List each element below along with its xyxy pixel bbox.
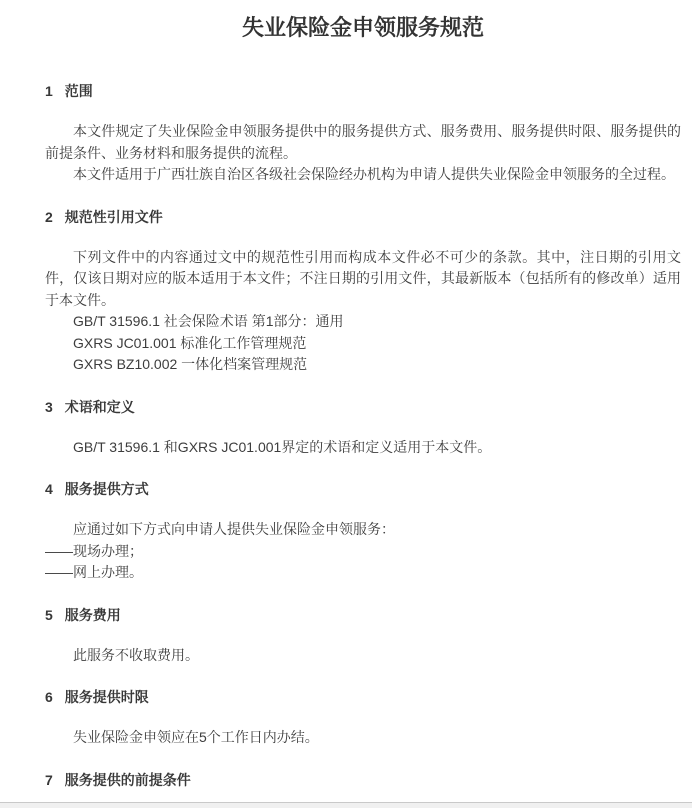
section-heading-7: 7服务提供的前提条件 (45, 770, 681, 791)
section-number: 6 (45, 687, 53, 708)
paragraph: 失业保险金申领应在5个工作日内办结。 (45, 727, 681, 749)
list-item: ——网上办理。 (45, 562, 681, 584)
reference-item: GXRS JC01.001 标准化工作管理规范 (45, 333, 681, 355)
list-item: ——现场办理； (45, 541, 681, 563)
section-title: 范围 (65, 83, 93, 99)
section-number: 7 (45, 770, 53, 791)
section-heading-5: 5服务费用 (45, 605, 681, 626)
paragraph: 应通过如下方式向申请人提供失业保险金申领服务： (45, 519, 681, 541)
section-service-methods: 4服务提供方式 应通过如下方式向申请人提供失业保险金申领服务： ——现场办理； … (45, 479, 681, 584)
section-heading-2: 2规范性引用文件 (45, 207, 681, 228)
section-title: 服务提供时限 (65, 689, 149, 705)
section-number: 3 (45, 397, 53, 418)
page-bottom-divider (0, 802, 692, 808)
section-service-fee: 5服务费用 此服务不收取费用。 (45, 605, 681, 667)
section-preconditions: 7服务提供的前提条件 (45, 770, 681, 791)
reference-item: GB/T 31596.1 社会保险术语 第1部分：通用 (45, 311, 681, 333)
section-number: 4 (45, 479, 53, 500)
section-number: 5 (45, 605, 53, 626)
paragraph: 下列文件中的内容通过文中的规范性引用而构成本文件必不可少的条款。其中，注日期的引… (45, 247, 681, 312)
section-heading-1: 1范围 (45, 81, 681, 102)
section-heading-4: 4服务提供方式 (45, 479, 681, 500)
section-title: 术语和定义 (65, 399, 135, 415)
document-title: 失业保险金申领服务规范 (45, 14, 681, 42)
paragraph: 本文件适用于广西壮族自治区各级社会保险经办机构为申请人提供失业保险金申领服务的全… (45, 164, 681, 186)
section-title: 服务费用 (65, 607, 121, 623)
section-number: 2 (45, 207, 53, 228)
section-service-time-limit: 6服务提供时限 失业保险金申领应在5个工作日内办结。 (45, 687, 681, 749)
section-number: 1 (45, 81, 53, 102)
reference-item: GXRS BZ10.002 一体化档案管理规范 (45, 354, 681, 376)
paragraph: 此服务不收取费用。 (45, 645, 681, 667)
section-terms-definitions: 3术语和定义 GB/T 31596.1 和GXRS JC01.001界定的术语和… (45, 397, 681, 459)
section-title: 规范性引用文件 (65, 209, 163, 225)
section-scope: 1范围 本文件规定了失业保险金申领服务提供中的服务提供方式、服务费用、服务提供时… (45, 81, 681, 186)
paragraph: 本文件规定了失业保险金申领服务提供中的服务提供方式、服务费用、服务提供时限、服务… (45, 121, 681, 164)
section-title: 服务提供的前提条件 (65, 772, 191, 788)
section-title: 服务提供方式 (65, 481, 149, 497)
section-heading-6: 6服务提供时限 (45, 687, 681, 708)
document-page: 失业保险金申领服务规范 1范围 本文件规定了失业保险金申领服务提供中的服务提供方… (0, 14, 692, 791)
paragraph: GB/T 31596.1 和GXRS JC01.001界定的术语和定义适用于本文… (45, 437, 681, 459)
section-heading-3: 3术语和定义 (45, 397, 681, 418)
section-normative-references: 2规范性引用文件 下列文件中的内容通过文中的规范性引用而构成本文件必不可少的条款… (45, 207, 681, 376)
